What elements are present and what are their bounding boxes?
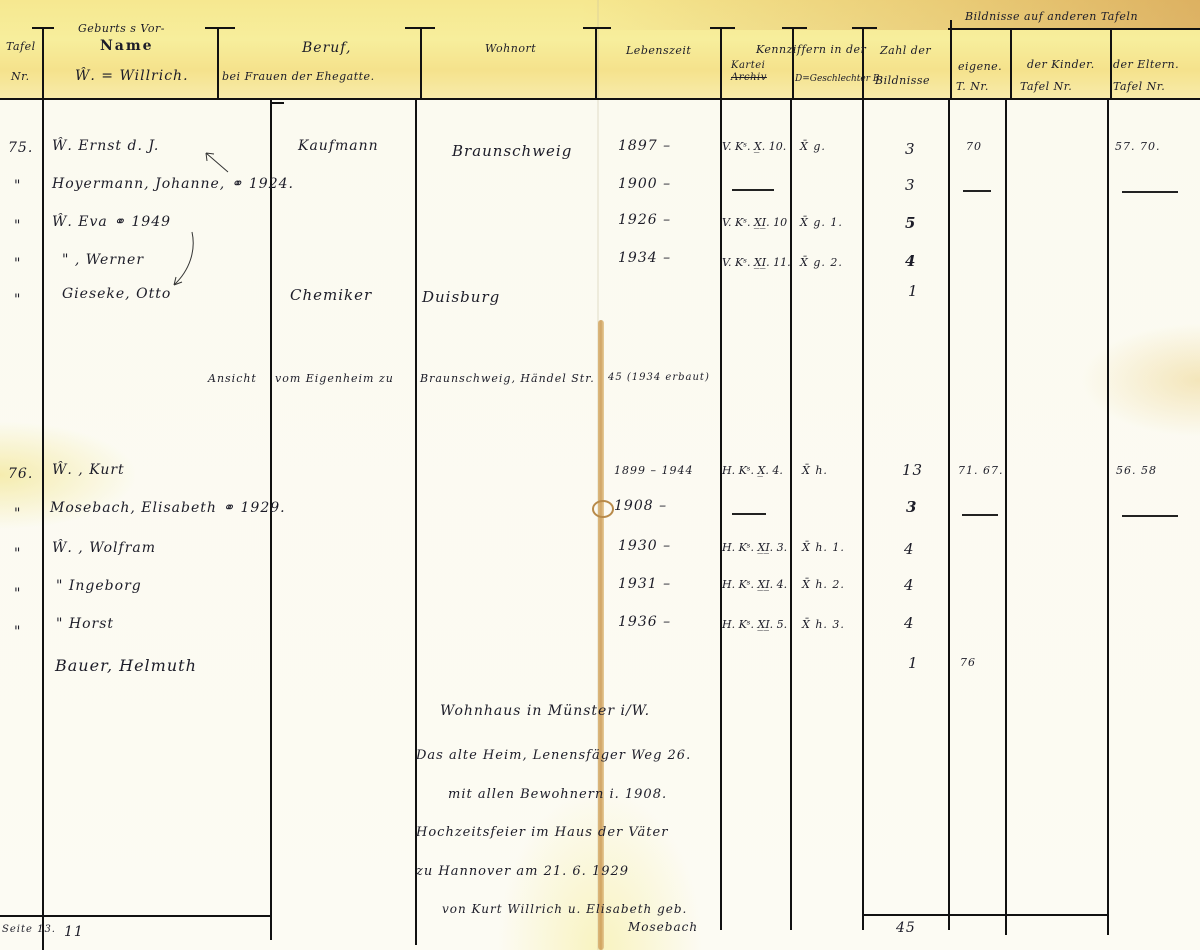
row76-3-tafel: " bbox=[14, 546, 21, 562]
row75-5-tafel: " bbox=[14, 292, 21, 308]
row76-3-kartei: H. Kˢ. X̲I̲. 3. bbox=[722, 541, 787, 554]
row75-4-tafel: " bbox=[14, 256, 21, 272]
header-geburts: Geburts s Vor- bbox=[78, 22, 165, 35]
row76-1-geschlecht: X̄ h. bbox=[802, 464, 828, 477]
row76-2-tafel: " bbox=[14, 506, 21, 522]
row75-4-lebenszeit: 1934 – bbox=[618, 250, 671, 266]
row76-4-geschlecht: X̄ h. 2. bbox=[802, 578, 845, 591]
note76-line2: Das alte Heim, Lenensfäger Weg 26. bbox=[416, 748, 691, 763]
row76-6-eigene: 76 bbox=[960, 656, 976, 669]
row76-4-kartei: H. Kˢ. X̲I̲. 4. bbox=[722, 578, 787, 591]
header-kinder-nr: Tafel Nr. bbox=[1020, 80, 1072, 93]
row75-1-eigene: 70 bbox=[966, 140, 982, 153]
row76-2-kartei-dash bbox=[732, 513, 766, 515]
row75-3-tafel: " bbox=[14, 218, 21, 234]
row76-4-tafel: " bbox=[14, 586, 21, 602]
row75-3-zahl: 5 bbox=[905, 214, 916, 232]
row76-3-lebenszeit: 1930 – bbox=[618, 538, 671, 554]
col-rule-eigene bbox=[1005, 100, 1007, 935]
row76-3-name: Ŵ. , Wolfram bbox=[52, 540, 156, 556]
row76-1-kartei: H. Kˢ. X̲. 4. bbox=[722, 464, 783, 477]
binding-knot bbox=[592, 500, 614, 518]
footer-right-total: 45 bbox=[896, 920, 916, 936]
footer-page-ref: Seite 13. bbox=[2, 924, 56, 935]
row75-3-name: Ŵ. Eva ⚭ 1949 bbox=[52, 214, 171, 230]
row76-2-zahl: 3 bbox=[906, 498, 917, 516]
row76-6-zahl: 1 bbox=[908, 654, 919, 672]
row75-1-eltern: 57. 70. bbox=[1115, 140, 1160, 153]
row75-4-zahl: 4 bbox=[905, 252, 916, 270]
header-lebenszeit: Lebenszeit bbox=[626, 44, 691, 57]
row76-1-tafel: 76. bbox=[8, 466, 33, 482]
row76-3-zahl: 4 bbox=[904, 540, 915, 558]
row75-2-eltern-dash bbox=[1122, 191, 1178, 193]
row76-1-eigene: 71. 67. bbox=[958, 464, 1003, 477]
row76-1-name: Ŵ. , Kurt bbox=[52, 462, 125, 478]
row75-2-lebenszeit: 1900 – bbox=[618, 176, 671, 192]
header-tafel: Tafel bbox=[6, 40, 36, 53]
row75-2-zahl: 3 bbox=[905, 176, 916, 194]
header-zahl-der: Zahl der bbox=[880, 44, 931, 57]
row75-5-name: Gieseke, Otto bbox=[62, 286, 171, 302]
row75-1-zahl: 3 bbox=[905, 140, 916, 158]
row75-1-lebenszeit: 1897 – bbox=[618, 138, 671, 154]
row76-1-lebenszeit: 1899 – 1944 bbox=[614, 464, 693, 477]
row75-1-beruf: Kaufmann bbox=[298, 138, 379, 154]
row75-5-beruf: Chemiker bbox=[290, 286, 372, 304]
header-beruf: Beruf, bbox=[302, 40, 351, 56]
row76-1-zahl: 13 bbox=[902, 461, 923, 479]
note76-line5: zu Hannover am 21. 6. 1929 bbox=[416, 864, 629, 879]
row75-2-tafel: " bbox=[14, 178, 21, 194]
header-kartei: Kartei bbox=[731, 60, 765, 71]
note75-part1: Ansicht bbox=[208, 372, 257, 385]
row75-1-name: Ŵ. Ernst d. J. bbox=[52, 138, 159, 154]
col-rule-zahl bbox=[948, 100, 950, 930]
header-eigene: eigene. bbox=[958, 60, 1002, 73]
row76-2-eigene-dash bbox=[962, 514, 998, 516]
header-name: Name bbox=[100, 38, 154, 54]
col-rule-kinder bbox=[1107, 100, 1109, 935]
row75-2-eigene-dash bbox=[963, 190, 991, 192]
group-header-rule bbox=[948, 28, 1200, 30]
header-eigene-nr: T. Nr. bbox=[956, 80, 989, 93]
header-kinder: der Kinder. bbox=[1027, 58, 1095, 71]
row76-5-tafel: " bbox=[14, 624, 21, 640]
row75-5-wohnort: Duisburg bbox=[422, 288, 500, 306]
col-rule-tafel bbox=[42, 100, 44, 950]
col-rule-name bbox=[270, 100, 272, 940]
row75-4-name: " , Werner bbox=[62, 252, 144, 268]
register-sheet: Tafel Nr. Geburts s Vor- Name Ŵ. = Willr… bbox=[0, 0, 1200, 950]
row75-4-geschlecht: X̄ g. 2. bbox=[800, 256, 843, 269]
col-rule-beruf bbox=[415, 100, 417, 945]
footer-left-total: 11 bbox=[64, 924, 84, 940]
row75-1-tafel: 75. bbox=[8, 140, 33, 156]
header-wohnort: Wohnort bbox=[485, 42, 536, 55]
footer-rule-left bbox=[0, 915, 270, 917]
row76-2-lebenszeit: 1908 – bbox=[614, 498, 667, 514]
row75-3-kartei: V. Kˢ. X̲I̲. 10 bbox=[722, 216, 787, 229]
row75-3-lebenszeit: 1926 – bbox=[618, 212, 671, 228]
header-bottom-rule bbox=[0, 98, 1200, 100]
row75-1-geschlecht: X̄ g. bbox=[800, 140, 826, 153]
header-tafel-nr: Nr. bbox=[11, 70, 30, 83]
col-rule-kartei bbox=[790, 100, 792, 930]
row76-5-zahl: 4 bbox=[904, 614, 915, 632]
note76-line6: von Kurt Willrich u. Elisabeth geb. bbox=[442, 902, 687, 916]
annotation-arrow-marriage-icon bbox=[160, 230, 200, 294]
annotation-arrow-up-icon bbox=[200, 150, 230, 179]
header-bildnisse: Bildnisse bbox=[875, 74, 930, 87]
note76-line7: Mosebach bbox=[628, 920, 698, 934]
row75-5-zahl: 1 bbox=[908, 282, 919, 300]
row76-3-geschlecht: X̄ h. 1. bbox=[802, 541, 845, 554]
row75-4-kartei: V. Kˢ. X̲I̲. 11. bbox=[722, 256, 791, 269]
row76-2-eltern-dash bbox=[1122, 515, 1178, 517]
row76-4-lebenszeit: 1931 – bbox=[618, 576, 671, 592]
row76-5-lebenszeit: 1936 – bbox=[618, 614, 671, 630]
note76-line3: mit allen Bewohnern i. 1908. bbox=[448, 787, 667, 802]
header-geschlechter: D=Geschlechter B. bbox=[795, 74, 882, 84]
note76-line4: Hochzeitsfeier im Haus der Väter bbox=[416, 825, 668, 840]
header-eltern: der Eltern. bbox=[1113, 58, 1179, 71]
note76-line1: Wohnhaus in Münster i/W. bbox=[440, 703, 650, 719]
row75-3-geschlecht: X̄ g. 1. bbox=[800, 216, 843, 229]
footer-rule-right bbox=[862, 914, 1107, 916]
row76-4-name: " Ingeborg bbox=[56, 578, 142, 594]
row75-2-name: Hoyermann, Johanne, ⚭ 1924. bbox=[52, 176, 294, 192]
row76-4-zahl: 4 bbox=[904, 576, 915, 594]
row76-5-geschlecht: X̄ h. 3. bbox=[802, 618, 845, 631]
row75-2-kartei-dash bbox=[732, 189, 774, 191]
row76-6-name: Bauer, Helmuth bbox=[55, 656, 197, 675]
header-archiv-struck: Archiv bbox=[731, 72, 767, 83]
row75-1-kartei: V. Kˢ. X̲. 10. bbox=[722, 140, 786, 153]
header-kennziffern: Kennziffern in der bbox=[756, 43, 866, 56]
binding-string bbox=[598, 320, 604, 950]
row76-5-name: " Horst bbox=[56, 616, 114, 632]
row76-1-eltern: 56. 58 bbox=[1116, 464, 1157, 477]
header-eltern-nr: Tafel Nr. bbox=[1113, 80, 1165, 93]
header-beruf-note: bei Frauen der Ehegatte. bbox=[222, 70, 375, 83]
header-group-bildnisse: Bildnisse auf anderen Tafeln bbox=[965, 10, 1138, 23]
col-rule-geschlecht bbox=[862, 100, 864, 930]
row76-2-name: Mosebach, Elisabeth ⚭ 1929. bbox=[50, 500, 286, 516]
row76-5-kartei: H. Kˢ. X̲I̲. 5. bbox=[722, 618, 787, 631]
note75-part4: 45 (1934 erbaut) bbox=[608, 372, 710, 383]
note75-part2: vom Eigenheim zu bbox=[275, 372, 394, 385]
row75-1-wohnort: Braunschweig bbox=[452, 142, 572, 160]
header-willrich-key: Ŵ. = Willrich. bbox=[75, 68, 189, 84]
note75-part3: Braunschweig, Händel Str. bbox=[420, 372, 595, 385]
